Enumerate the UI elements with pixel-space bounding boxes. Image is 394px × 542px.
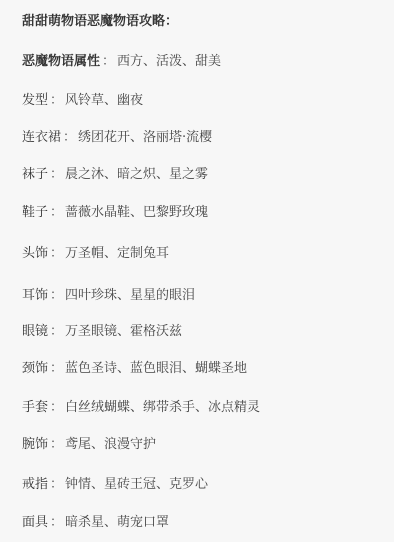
item-separator: ：: [48, 361, 65, 376]
item-value: 蓝色圣诗、蓝色眼泪、蝴蝶圣地: [65, 361, 247, 376]
item-value: 绣团花开、洛丽塔·流樱: [78, 130, 212, 145]
item-separator: ：: [61, 130, 78, 145]
headwear-line: 头饰：万圣帽、定制兔耳: [22, 245, 169, 263]
item-label: 袜子: [22, 167, 48, 182]
article-title: 甜甜萌物语恶魔物语攻略：: [22, 13, 178, 31]
item-value: 西方、活泼、甜美: [117, 54, 221, 69]
item-value: 钟情、星砖王冠、克罗心: [65, 477, 208, 492]
item-separator: ：: [48, 288, 65, 303]
item-value: 万圣帽、定制兔耳: [65, 246, 169, 261]
item-label: 耳饰: [22, 288, 48, 303]
item-separator: ：: [48, 324, 65, 339]
attribute-line: 恶魔物语属性：西方、活泼、甜美: [22, 53, 221, 71]
item-separator: ：: [48, 167, 65, 182]
glasses-line: 眼镜：万圣眼镜、霍格沃兹: [22, 323, 182, 341]
item-separator: ：: [48, 400, 65, 415]
item-separator: ：: [48, 246, 65, 261]
item-label: 面具: [22, 515, 48, 530]
gloves-line: 手套：白丝绒蝴蝶、绑带杀手、冰点精灵: [22, 399, 260, 417]
item-label: 发型: [22, 93, 48, 108]
item-separator: ：: [48, 515, 65, 530]
article-body: 甜甜萌物语恶魔物语攻略： 恶魔物语属性：西方、活泼、甜美 发型：风铃草、幽夜 连…: [0, 0, 394, 542]
item-value: 万圣眼镜、霍格沃兹: [65, 324, 182, 339]
item-label: 连衣裙: [22, 130, 61, 145]
item-label: 头饰: [22, 246, 48, 261]
dress-line: 连衣裙：绣团花开、洛丽塔·流樱: [22, 129, 212, 147]
item-label: 恶魔物语属性: [22, 54, 100, 69]
earrings-line: 耳饰：四叶珍珠、星星的眼泪: [22, 287, 195, 305]
item-value: 白丝绒蝴蝶、绑带杀手、冰点精灵: [65, 400, 260, 415]
bracelet-line: 腕饰：鸢尾、浪漫守护: [22, 436, 156, 454]
item-separator: ：: [100, 54, 117, 69]
item-label: 戒指: [22, 477, 48, 492]
item-label: 颈饰: [22, 361, 48, 376]
hairstyle-line: 发型：风铃草、幽夜: [22, 92, 143, 110]
mask-line: 面具：暗杀星、萌宠口罩: [22, 514, 169, 532]
item-value: 风铃草、幽夜: [65, 93, 143, 108]
item-separator: ：: [48, 437, 65, 452]
item-value: 暗杀星、萌宠口罩: [65, 515, 169, 530]
item-separator: ：: [48, 205, 65, 220]
item-label: 鞋子: [22, 205, 48, 220]
socks-line: 袜子：晨之沐、暗之炽、星之雾: [22, 166, 208, 184]
shoes-line: 鞋子：蔷薇水晶鞋、巴黎野玫瑰: [22, 204, 208, 222]
item-separator: ：: [48, 93, 65, 108]
item-label: 眼镜: [22, 324, 48, 339]
item-label: 腕饰: [22, 437, 48, 452]
item-separator: ：: [48, 477, 65, 492]
item-value: 四叶珍珠、星星的眼泪: [65, 288, 195, 303]
item-label: 手套: [22, 400, 48, 415]
ring-line: 戒指：钟情、星砖王冠、克罗心: [22, 476, 208, 494]
necklace-line: 颈饰：蓝色圣诗、蓝色眼泪、蝴蝶圣地: [22, 360, 247, 378]
item-value: 晨之沐、暗之炽、星之雾: [65, 167, 208, 182]
item-value: 鸢尾、浪漫守护: [65, 437, 156, 452]
item-value: 蔷薇水晶鞋、巴黎野玫瑰: [65, 205, 208, 220]
